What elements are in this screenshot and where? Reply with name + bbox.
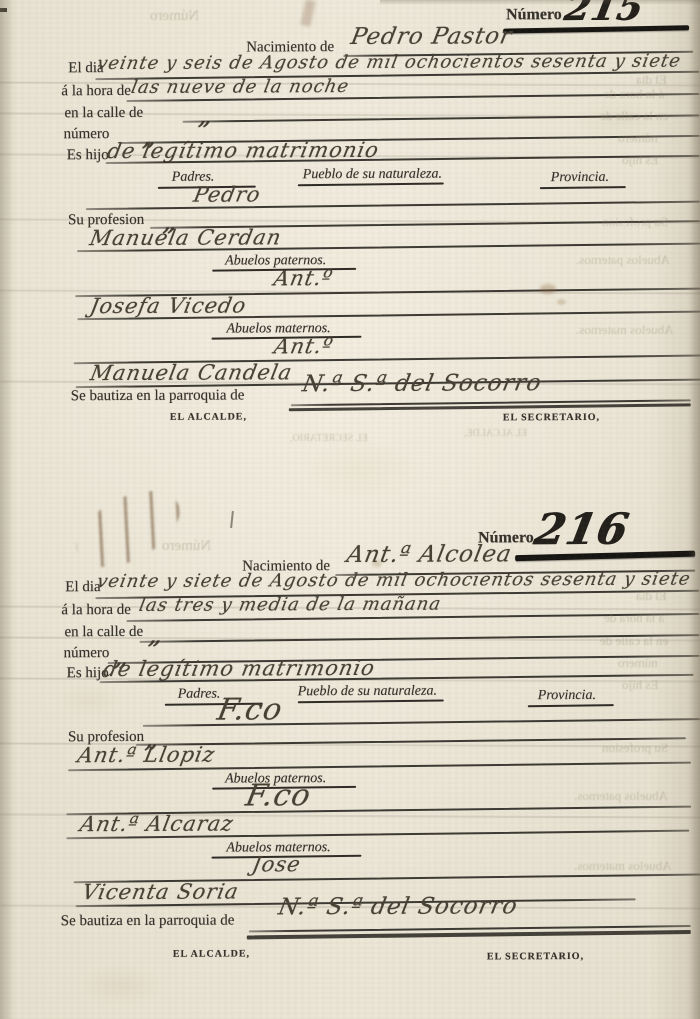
bleedthrough-text: á la hora de — [604, 86, 664, 102]
paternal-grandmother-entry: Ant.ª Alcaraz — [78, 811, 236, 836]
bleedthrough-text: Su profesion — [602, 740, 668, 756]
ruled-line — [528, 704, 614, 707]
bleedthrough-text: Número — [162, 538, 211, 555]
column-header-provincia: Provincia. — [538, 688, 596, 704]
street-label: en la calle de — [64, 105, 143, 122]
street-label: en la calle de — [64, 624, 143, 641]
numero-label: Número — [506, 6, 562, 24]
mayor-label: EL ALCALDE, — [173, 948, 250, 959]
ruled-line — [298, 182, 444, 186]
hour-label: á la hora de — [61, 602, 131, 619]
mother-name-entry: Ant.ª Llopiz — [76, 743, 218, 768]
bleedthrough-text: Abuelos paternos. — [574, 788, 668, 804]
hour-entry: las tres y media de la mañana — [137, 594, 443, 616]
ruled-line — [298, 699, 444, 703]
birth-record-216: Número 216 Nacimiento de Ant.ª Alcolea E… — [0, 522, 700, 985]
bleedthrough-text: El dia — [636, 588, 667, 604]
house-number-label: número — [64, 126, 110, 143]
bleedthrough-text: EL ALCALDE, — [464, 428, 527, 439]
ruled-line — [540, 186, 626, 189]
day-entry: veinte y seis de Agosto de mil ochocient… — [95, 51, 683, 75]
record-number-value: 216 — [530, 505, 632, 555]
street-entry-ditto: „ — [197, 105, 216, 131]
bleedthrough-text: Abuelos maternos. — [576, 322, 673, 338]
bleedthrough-text: en la calle de — [600, 633, 668, 649]
baptism-label: Se bautiza en la parroquia de — [71, 387, 245, 405]
baptism-label: Se bautiza en la parroquia de — [61, 913, 235, 931]
paternal-grandmother-entry: Josefa Vicedo — [88, 293, 249, 318]
bleedthrough-text: Abuelos paternos. — [576, 252, 670, 268]
bleedthrough-text: Su profesion — [602, 214, 668, 230]
house-number-label: número — [64, 645, 110, 662]
day-entry: veinte y siete de Agosto de mil ochocien… — [95, 569, 692, 593]
maternal-grandmother-entry: Vicenta Soria — [80, 879, 241, 904]
numero-underline-bar — [503, 25, 689, 33]
column-header-pueblo: Pueblo de su naturaleza. — [303, 167, 442, 184]
ink-stain — [372, 560, 382, 567]
bleedthrough-text: número — [618, 655, 658, 671]
hour-label: á la hora de — [61, 83, 131, 100]
bleedthrough-text: número — [618, 130, 658, 146]
ink-stain — [557, 299, 566, 305]
scanned-birth-register-page: Número 215 Nacimiento de Pedro Pastor El… — [0, 0, 700, 1019]
column-header-provincia: Provincia. — [551, 170, 609, 186]
bleedthrough-text: Número — [150, 8, 199, 25]
street-entry-ditto: „ — [147, 624, 166, 650]
baptism-parish-entry: N.ª S.ª del Socorro — [276, 893, 520, 920]
hour-entry: las nueve de la noche — [129, 76, 351, 98]
birth-name-entry: Pedro Pastor — [349, 23, 515, 50]
child-label: Es hijo — [67, 147, 109, 164]
bleedthrough-text: Abuelos maternos. — [574, 858, 671, 874]
bleedthrough-text: Es hijo — [622, 152, 658, 168]
column-header-padres: Padres. — [178, 687, 221, 703]
bleedthrough-text: á la hora de — [604, 610, 664, 626]
mother-name-entry: Manuela Cerdan — [88, 225, 284, 250]
bleedthrough-text: EL SECRETARIO, — [290, 433, 368, 444]
paternal-grandfather-entry: F.co — [243, 778, 314, 813]
father-name-entry: Pedro — [192, 182, 263, 206]
bleedthrough-text: Es hijo — [622, 677, 658, 693]
ink-stain — [540, 284, 556, 294]
page-edge-shading — [380, 0, 700, 5]
birth-record-215: Número 215 Nacimiento de Pedro Pastor El… — [0, 0, 700, 462]
page-edge-shading — [688, 0, 700, 1019]
birth-name-entry: Ant.ª Alcolea — [345, 541, 515, 568]
page-edge-shading — [0, 0, 14, 1019]
secretary-label: EL SECRETARIO, — [487, 951, 584, 962]
maternal-grandmother-entry: Manuela Candela — [88, 360, 294, 385]
secretary-label: EL SECRETARIO, — [503, 412, 600, 423]
maternal-grandfather-entry: Ant.º — [272, 334, 335, 358]
paternal-grandfather-entry: Ant.º — [272, 266, 335, 290]
baptism-parish-entry: N.ª S.ª del Socorro — [300, 370, 544, 397]
maternal-grandfather-entry: Jose — [250, 852, 303, 876]
column-header-pueblo: Pueblo de su naturaleza. — [298, 684, 437, 701]
mayor-label: EL ALCALDE, — [170, 411, 247, 422]
bleedthrough-text: en la calle de — [600, 108, 668, 124]
ruled-line — [86, 201, 700, 211]
